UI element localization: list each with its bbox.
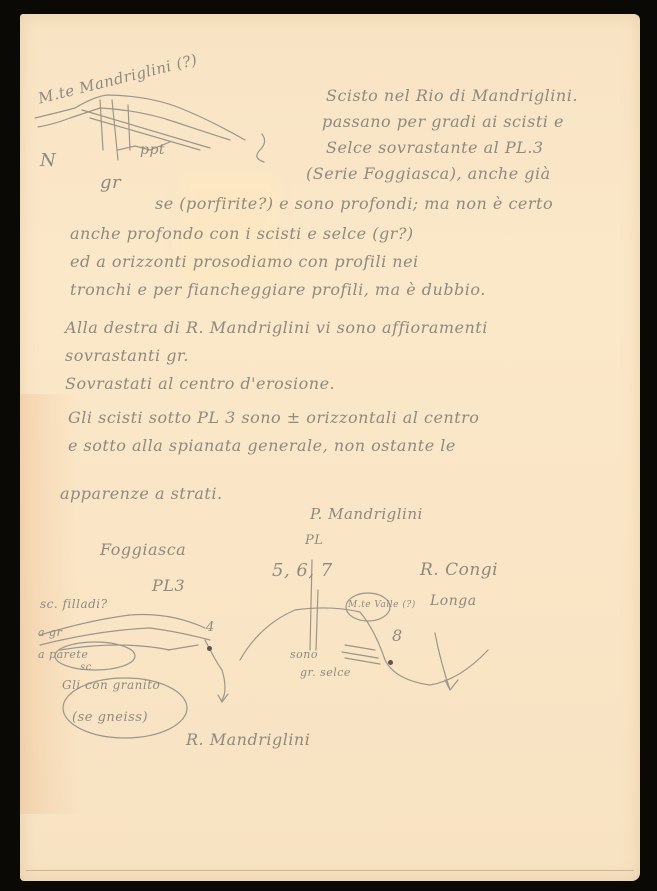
point-marker-8 xyxy=(388,660,393,665)
note-line: e sotto alla spianata generale, non osta… xyxy=(68,436,456,455)
label-left-2: a parete xyxy=(38,648,88,661)
note-line: passano per gradi ai scisti e xyxy=(322,112,564,131)
note-line: Alla destra di R. Mandriglini vi sono af… xyxy=(65,318,488,337)
label-under-2: gr. selce xyxy=(300,666,351,679)
label-foggiasca: Foggiasca xyxy=(100,540,186,559)
label-r-mandriglini: R. Mandriglini xyxy=(186,730,310,749)
note-line: apparenze a strati. xyxy=(60,484,223,503)
label-mandriglini-top: P. Mandriglini xyxy=(310,505,423,523)
label-left-3: sc xyxy=(80,662,92,673)
note-line: anche profondo con i scisti e selce (gr?… xyxy=(70,224,414,243)
sketch-label-north: N xyxy=(40,150,56,171)
note-line: Gli scisti sotto PL 3 sono ± orizzontali… xyxy=(68,408,479,427)
label-point-4: 4 xyxy=(206,620,215,635)
note-line: sovrastanti gr. xyxy=(65,346,189,365)
note-line: Selce sovrastante al PL.3 xyxy=(326,138,544,157)
note-line: se (porfirite?) e sono profondi; ma non … xyxy=(155,194,553,213)
label-longa: Longa xyxy=(430,593,477,609)
label-pl: PL xyxy=(305,533,323,548)
note-line: Sovrastati al centro d'erosione. xyxy=(65,374,335,393)
label-left-5: (se gneiss) xyxy=(72,710,148,725)
label-left-4: Gli con granito xyxy=(62,678,160,692)
note-line: Scisto nel Rio di Mandriglini. xyxy=(326,86,578,105)
label-under-1: sono xyxy=(290,648,318,661)
label-point-8: 8 xyxy=(392,626,403,645)
label-r-congi: R. Congi xyxy=(420,560,498,580)
sketch-label-gr: gr xyxy=(100,172,121,193)
note-line: tronchi e per fiancheggiare profili, ma … xyxy=(70,280,486,299)
note-line: ed a orizzonti prosodiamo con profili ne… xyxy=(70,252,419,271)
label-pl3: PL3 xyxy=(152,576,185,595)
label-numbers: 5, 6, 7 xyxy=(272,560,333,581)
label-sc-filladi: sc. filladi? xyxy=(40,597,108,611)
label-left-1: a gr xyxy=(38,626,62,639)
label-circle-note: M.te Valle (?) xyxy=(348,600,416,610)
sketch-label-ppt: ppt xyxy=(140,142,165,158)
note-line: (Serie Foggiasca), anche già xyxy=(306,164,551,183)
point-marker-4 xyxy=(207,646,212,651)
